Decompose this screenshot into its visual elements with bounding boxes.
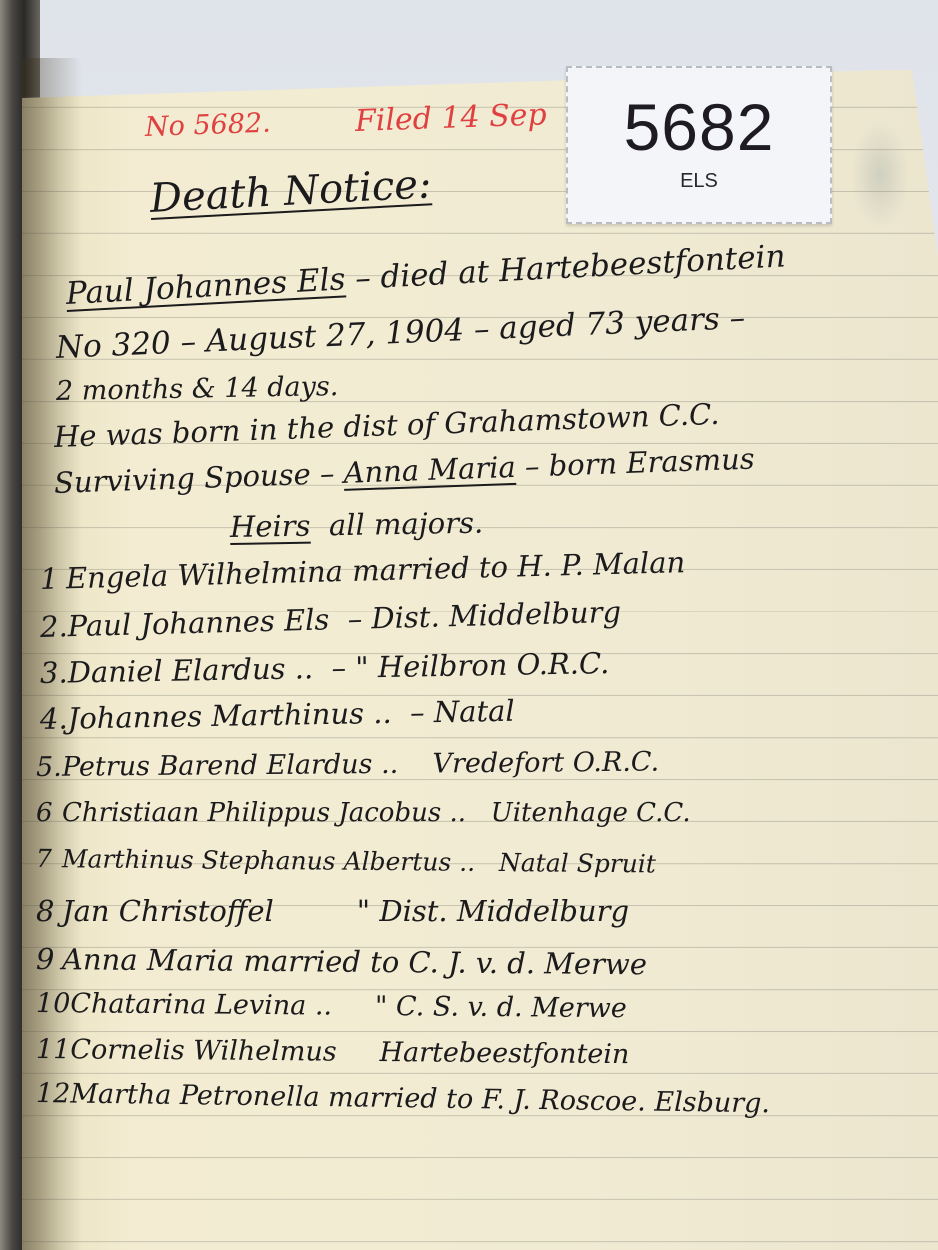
heir-detail: Uitenhage C.C. — [491, 798, 691, 828]
heir-detail: " C. S. v. d. Merwe — [375, 991, 627, 1024]
heir-row: 9Anna Maria married to C. J. v. d. Merwe — [36, 942, 647, 981]
heir-name: Daniel Elardus .. — [67, 651, 313, 689]
heir-name: Cornelis Wilhelmus — [70, 1034, 337, 1067]
heir-number: 5. — [36, 752, 62, 783]
heir-name: Petrus Barend Elardus .. — [62, 749, 398, 783]
heir-number: 6 — [36, 798, 62, 828]
heir-number: 7 — [36, 844, 62, 873]
heir-row: 10Chatarina Levina .. " C. S. v. d. Merw… — [36, 988, 627, 1024]
heir-number: 3. — [40, 656, 68, 690]
heir-name: Martha Petronella — [70, 1078, 320, 1112]
heir-detail: married to C. J. v. d. Merwe — [243, 944, 647, 982]
faint-bleed-through — [90, 18, 878, 38]
heir-number: 10 — [36, 988, 71, 1019]
heir-detail: Vredefort O.R.C. — [432, 747, 659, 780]
heir-number: 11 — [36, 1034, 71, 1065]
spouse-name: Anna Maria — [343, 450, 516, 490]
heir-name: Paul Johannes Els — [67, 602, 329, 643]
heirs-note: all majors. — [329, 506, 484, 543]
label-code: ELS — [568, 170, 830, 193]
heir-detail: married to F. J. Roscoe. Elsburg. — [328, 1082, 770, 1119]
heir-number: 9 — [36, 942, 62, 976]
heir-detail: – Dist. Middelburg — [347, 595, 621, 636]
heirs-label: Heirs — [230, 509, 311, 544]
heir-detail: " Dist. Middelburg — [357, 894, 629, 928]
heir-number: 2. — [40, 609, 69, 644]
heir-name: Marthinus Stephanus Albertus .. — [62, 844, 475, 877]
file-number: No 5682. — [144, 108, 271, 143]
archive-label: 5682 ELS — [566, 66, 832, 224]
heir-detail: – " Heilbron O.R.C. — [331, 646, 609, 685]
heir-row: 5.Petrus Barend Elardus .. Vredefort O.R… — [36, 747, 659, 783]
heir-name: Anna Maria — [62, 942, 235, 978]
label-number: 5682 — [568, 94, 830, 160]
heirs-heading: Heirs all majors. — [230, 506, 484, 544]
heir-detail: Hartebeestfontein — [379, 1037, 629, 1070]
heir-name: Jan Christoffel — [62, 894, 274, 928]
notice-line-3: 2 months & 14 days. — [56, 371, 339, 407]
heir-row: 7Marthinus Stephanus Albertus .. Natal S… — [36, 844, 656, 878]
heir-row: 11Cornelis Wilhelmus Hartebeestfontein — [36, 1034, 630, 1070]
heir-row: 6Christiaan Philippus Jacobus .. Uitenha… — [36, 798, 691, 828]
heir-name: Chatarina Levina .. — [70, 988, 332, 1021]
heir-number: 4. — [40, 702, 68, 736]
heir-name: Engela Wilhelmina — [66, 554, 344, 595]
paper-stain — [850, 120, 910, 230]
heir-detail: – Natal — [410, 694, 515, 730]
filed-date: Filed 14 Sep — [354, 97, 547, 139]
heir-name: Johannes Marthinus .. — [67, 696, 392, 736]
heir-row: 8Jan Christoffel " Dist. Middelburg — [36, 894, 629, 928]
heir-number: 1 — [40, 561, 67, 596]
heir-number: 12 — [36, 1078, 71, 1109]
heir-number: 8 — [36, 894, 62, 928]
heir-detail: Natal Spruit — [499, 848, 656, 878]
heir-name: Christiaan Philippus Jacobus .. — [62, 798, 466, 828]
